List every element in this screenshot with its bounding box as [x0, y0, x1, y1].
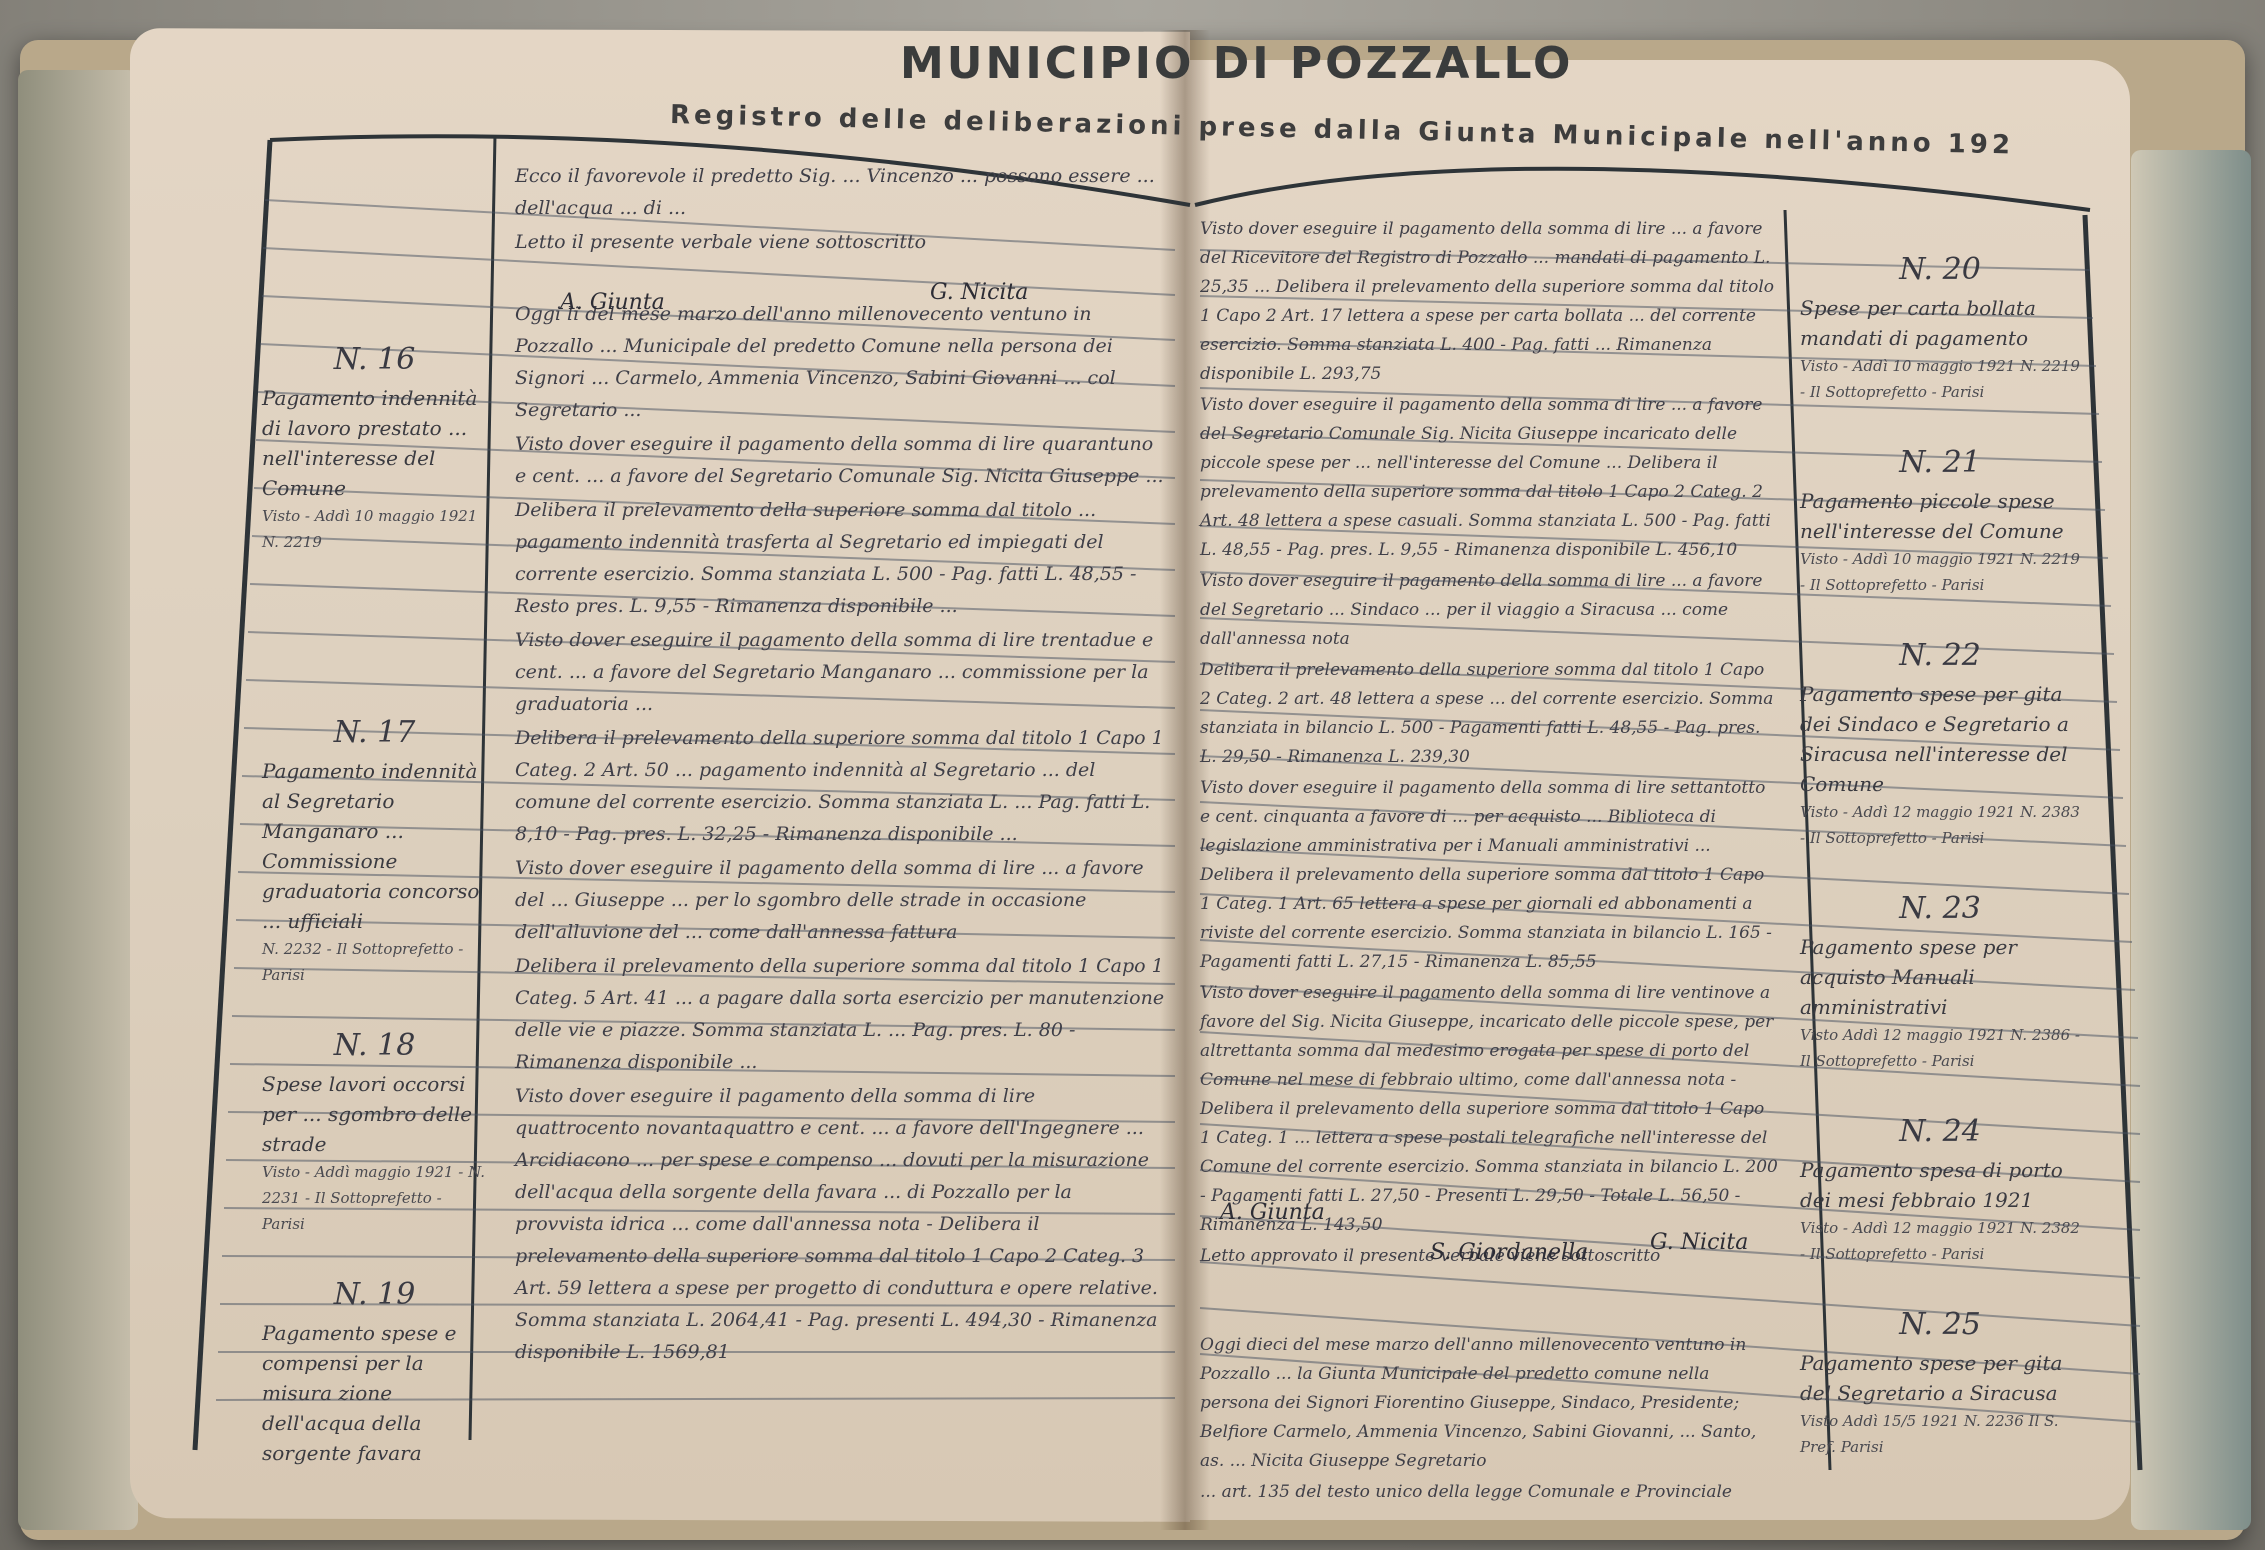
- paragraph: Delibera il prelevamento della superiore…: [515, 494, 1165, 622]
- margin-entry: N. 23 Pagamento spese per acquisto Manua…: [1800, 891, 2080, 1074]
- entry-number: N. 24: [1800, 1114, 2080, 1149]
- entry-visto: Visto - Addì 10 maggio 1921 N. 2219: [262, 503, 487, 555]
- entry-number: N. 18: [262, 1028, 487, 1063]
- paragraph: Visto dover eseguire il pagamento della …: [1200, 774, 1780, 977]
- paragraph: Visto dover eseguire il pagamento della …: [515, 428, 1165, 492]
- margin-entry: N. 24 Pagamento spesa di porto dei mesi …: [1800, 1114, 2080, 1267]
- entry-subject: Pagamento piccole spese nell'interesse d…: [1800, 486, 2080, 546]
- entry-subject: Pagamento indennità al Segretario Mangan…: [262, 756, 487, 936]
- entry-number: N. 25: [1800, 1307, 2080, 1342]
- entry-subject: Pagamento spese e compensi per la misura…: [262, 1318, 487, 1468]
- entry-subject: Pagamento spese per acquisto Manuali amm…: [1800, 932, 2080, 1022]
- entry-number: N. 20: [1800, 252, 2080, 287]
- signature: A. Giunta: [560, 290, 665, 315]
- paragraph: Oggi dieci del mese marzo dell'anno mill…: [1200, 1331, 1780, 1476]
- paragraph: Ecco il favorevole il predetto Sig. ... …: [515, 160, 1165, 224]
- paragraph: Letto il presente verbale viene sottoscr…: [515, 226, 1165, 258]
- signature: A. Giunta: [1220, 1200, 1325, 1225]
- entry-number: N. 16: [262, 342, 487, 377]
- entry-visto: N. 2232 - Il Sottoprefetto - Parisi: [262, 936, 487, 988]
- entry-number: N. 23: [1800, 891, 2080, 926]
- paragraph: Oggi li del mese marzo dell'anno milleno…: [515, 298, 1165, 426]
- margin-entry: N. 18 Spese lavori occorsi per ... sgomb…: [262, 1028, 487, 1237]
- paragraph: Delibera il prelevamento della superiore…: [515, 722, 1165, 850]
- margin-entry: N. 21 Pagamento piccole spese nell'inter…: [1800, 445, 2080, 598]
- entry-subject: Pagamento spese per gita dei Sindaco e S…: [1800, 679, 2080, 799]
- left-body-text: Ecco il favorevole il predetto Sig. ... …: [515, 160, 1165, 1370]
- entry-number: N. 21: [1800, 445, 2080, 480]
- entry-number: N. 17: [262, 715, 487, 750]
- margin-entry: N. 20 Spese per carta bollata mandati di…: [1800, 252, 2080, 405]
- margin-entry: N. 17 Pagamento indennità al Segretario …: [262, 715, 487, 988]
- entry-visto: Visto - Addì 12 maggio 1921 N. 2382 - Il…: [1800, 1215, 2080, 1267]
- signature: G. Nicita: [1650, 1230, 1748, 1255]
- entry-subject: Spese per carta bollata mandati di pagam…: [1800, 293, 2080, 353]
- paragraph: Visto dover eseguire il pagamento della …: [1200, 391, 1780, 565]
- entry-subject: Pagamento spesa di porto dei mesi febbra…: [1800, 1155, 2080, 1215]
- entry-subject: Pagamento spese per gita del Segretario …: [1800, 1348, 2080, 1408]
- entry-visto: Visto Addì 15/5 1921 N. 2236 Il S. Pref.…: [1800, 1408, 2080, 1460]
- paragraph: Visto dover eseguire il pagamento della …: [515, 1080, 1165, 1368]
- paragraph: Delibera il prelevamento della superiore…: [515, 950, 1165, 1078]
- paragraph: Visto dover eseguire il pagamento della …: [1200, 215, 1780, 389]
- entry-subject: Pagamento indennità di lavoro prestato .…: [262, 383, 487, 503]
- right-body-text: Visto dover eseguire il pagamento della …: [1200, 215, 1780, 1509]
- paragraph: Visto dover eseguire il pagamento della …: [515, 624, 1165, 720]
- entry-visto: Visto - Addì 12 maggio 1921 N. 2383 - Il…: [1800, 799, 2080, 851]
- right-margin-column: N. 20 Spese per carta bollata mandati di…: [1800, 240, 2080, 1500]
- margin-entry: N. 16 Pagamento indennità di lavoro pres…: [262, 342, 487, 555]
- entry-visto: Visto - Addì maggio 1921 - N. 2231 - Il …: [262, 1159, 487, 1237]
- margin-entry: N. 19 Pagamento spese e compensi per la …: [262, 1277, 487, 1468]
- entry-visto: Visto - Addì 10 maggio 1921 N. 2219 - Il…: [1800, 353, 2080, 405]
- paragraph: Visto dover eseguire il pagamento della …: [1200, 567, 1780, 654]
- entry-number: N. 19: [262, 1277, 487, 1312]
- paragraph: ... art. 135 del testo unico della legge…: [1200, 1478, 1780, 1507]
- entry-visto: Visto - Addì 10 maggio 1921 N. 2219 - Il…: [1800, 546, 2080, 598]
- signature: G. Nicita: [930, 280, 1028, 305]
- left-margin-column: N. 16 Pagamento indennità di lavoro pres…: [262, 330, 487, 1508]
- signature: S. Giordanella: [1430, 1240, 1588, 1265]
- margin-entry: N. 22 Pagamento spese per gita dei Sinda…: [1800, 638, 2080, 851]
- entry-visto: Visto Addì 12 maggio 1921 N. 2386 - Il S…: [1800, 1022, 2080, 1074]
- paragraph: Visto dover eseguire il pagamento della …: [515, 852, 1165, 948]
- entry-subject: Spese lavori occorsi per ... sgombro del…: [262, 1069, 487, 1159]
- paragraph: Delibera il prelevamento della superiore…: [1200, 656, 1780, 772]
- margin-entry: N. 25 Pagamento spese per gita del Segre…: [1800, 1307, 2080, 1460]
- entry-number: N. 22: [1800, 638, 2080, 673]
